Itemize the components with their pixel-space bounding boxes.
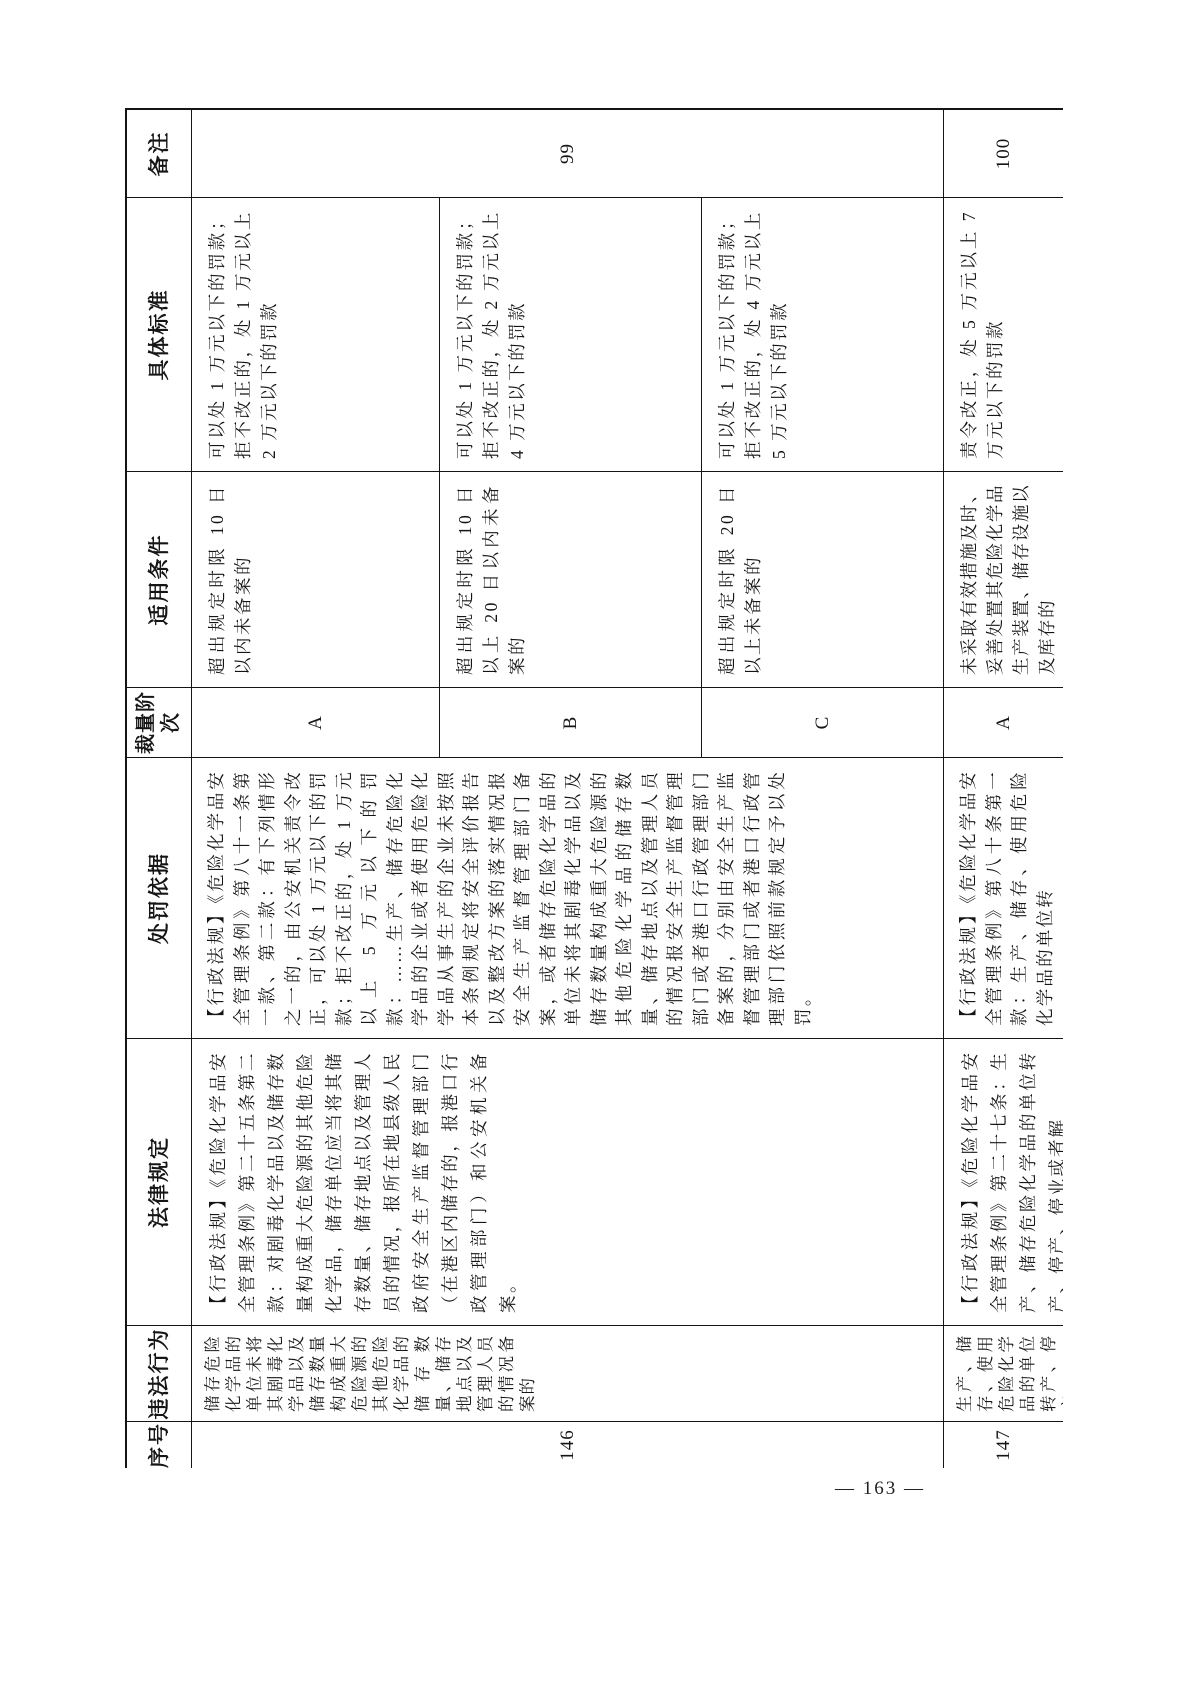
penalty-basis-text: 【行政法规】《危险化学品安全管理条例》第八十一条第一款、第二款：有下列情形之一的…: [206, 770, 813, 1026]
tier-letter: A: [305, 715, 327, 730]
serial-number: 146: [557, 1429, 579, 1461]
col-header-legal-provision-label: 法律规定: [146, 1136, 172, 1228]
cell-146-penalty-basis: 【行政法规】《危险化学品安全管理条例》第八十一条第一款、第二款：有下列情形之一的…: [192, 758, 944, 1039]
cell-146-standard-b: 可以处 1 万元以下的罚款；拒不改正的，处 2 万元以上 4 万元以下的罚款: [440, 198, 702, 472]
col-header-legal-provision: 法律规定: [127, 1039, 192, 1326]
tier-letter: B: [560, 716, 582, 730]
remark-number: 99: [557, 143, 579, 164]
cell-146-tier-b: B: [440, 688, 702, 758]
cell-146-tier-c: C: [702, 688, 944, 758]
cell-147-tier: A: [944, 688, 1063, 758]
cell-147-condition: 未采取有效措施及时、妥善处置其危险化学品生产装置、储存设施以及库存的: [944, 472, 1063, 688]
cell-146-remark: 99: [192, 110, 944, 198]
cell-146-serial: 146: [192, 1422, 944, 1468]
remark-number: 100: [993, 138, 1015, 170]
condition-text: 超出规定时限 10 日以内未备案的: [207, 484, 253, 675]
document-page: 备注 具体标准 适用条件 裁量阶次 处罚依据 法律规定 违法行为 序号 99 可…: [0, 0, 1190, 1684]
cell-146-condition-c: 超出规定时限 20 日以上未备案的: [702, 472, 944, 688]
page-number: — 163 —: [795, 1478, 965, 1500]
cell-147-remark: 100: [944, 110, 1063, 198]
col-header-penalty-basis-label: 处罚依据: [146, 852, 172, 944]
penalty-basis-text: 【行政法规】《危险化学品安全管理条例》第八十条第一款：生产、储存、使用危险化学品…: [958, 770, 1055, 1026]
col-header-condition-label: 适用条件: [146, 534, 172, 626]
col-header-remark: 备注: [127, 110, 192, 198]
col-header-illegal-act-label: 违法行为: [146, 1328, 172, 1420]
cell-147-illegal-act: 生产、储存、使用危险化学品的单位转产、停产、: [944, 1326, 1063, 1422]
col-header-penalty-basis: 处罚依据: [127, 758, 192, 1039]
condition-text: 未采取有效措施及时、妥善处置其危险化学品生产装置、储存设施以及库存的: [959, 484, 1057, 675]
col-header-serial: 序号: [127, 1422, 192, 1468]
cell-146-standard-a: 可以处 1 万元以下的罚款；拒不改正的，处 1 万元以上 2 万元以下的罚款: [192, 198, 440, 472]
cell-146-condition-a: 超出规定时限 10 日以内未备案的: [192, 472, 440, 688]
cell-146-legal-provision: 【行政法规】《危险化学品安全管理条例》第二十五条第二款：对剧毒化学品以及储存数量…: [192, 1039, 944, 1326]
standard-text: 责令改正，处 5 万元以上 7 万元以下的罚款: [959, 210, 1005, 459]
standard-text: 可以处 1 万元以下的罚款；拒不改正的，处 2 万元以上 4 万元以下的罚款: [455, 210, 527, 459]
cell-147-legal-provision: 【行政法规】《危险化学品安全管理条例》第二十七条：生产、储存危险化学品的单位转产…: [944, 1039, 1063, 1326]
col-header-standard: 具体标准: [127, 198, 192, 472]
condition-text: 超出规定时限 20 日以上未备案的: [717, 484, 763, 675]
condition-text: 超出规定时限 10 日以上 20 日以内未备案的: [455, 484, 527, 675]
illegal-act-text: 生产、储存、使用危险化学品的单位转产、停产、: [955, 1335, 1063, 1412]
serial-number: 147: [993, 1429, 1015, 1461]
standard-text: 可以处 1 万元以下的罚款；拒不改正的，处 1 万元以上 2 万元以下的罚款: [207, 210, 279, 459]
col-header-standard-label: 具体标准: [146, 289, 172, 381]
cell-146-tier-a: A: [192, 688, 440, 758]
standard-text: 可以处 1 万元以下的罚款；拒不改正的，处 4 万元以上 5 万元以下的罚款: [717, 210, 789, 459]
legal-provision-text: 【行政法规】《危险化学品安全管理条例》第二十五条第二款：对剧毒化学品以及储存数量…: [208, 1051, 518, 1313]
illegal-act-text: 储存危险化学品的单位未将其剧毒化学品以及储存数量构成重大危险源的其他危险化学品的…: [203, 1335, 537, 1412]
col-header-illegal-act: 违法行为: [127, 1326, 192, 1422]
col-header-condition: 适用条件: [127, 472, 192, 688]
cell-146-standard-c: 可以处 1 万元以下的罚款；拒不改正的，处 4 万元以上 5 万元以下的罚款: [702, 198, 944, 472]
cell-147-standard: 责令改正，处 5 万元以上 7 万元以下的罚款: [944, 198, 1063, 472]
col-header-tier-label: 裁量阶次: [134, 688, 184, 757]
tier-letter: A: [993, 715, 1015, 730]
cell-146-illegal-act: 储存危险化学品的单位未将其剧毒化学品以及储存数量构成重大危险源的其他危险化学品的…: [192, 1326, 944, 1422]
col-header-serial-label: 序号: [146, 1422, 172, 1468]
cell-147-penalty-basis: 【行政法规】《危险化学品安全管理条例》第八十条第一款：生产、储存、使用危险化学品…: [944, 758, 1063, 1039]
cell-147-serial: 147: [944, 1422, 1063, 1468]
col-header-tier: 裁量阶次: [127, 688, 192, 758]
cell-146-condition-b: 超出规定时限 10 日以上 20 日以内未备案的: [440, 472, 702, 688]
tier-letter: C: [812, 716, 834, 730]
col-header-remark-label: 备注: [146, 131, 172, 177]
penalty-discretion-table: 备注 具体标准 适用条件 裁量阶次 处罚依据 法律规定 违法行为 序号 99 可…: [125, 108, 1063, 1468]
legal-provision-text: 【行政法规】《危险化学品安全管理条例》第二十七条：生产、储存危险化学品的单位转产…: [960, 1051, 1063, 1313]
